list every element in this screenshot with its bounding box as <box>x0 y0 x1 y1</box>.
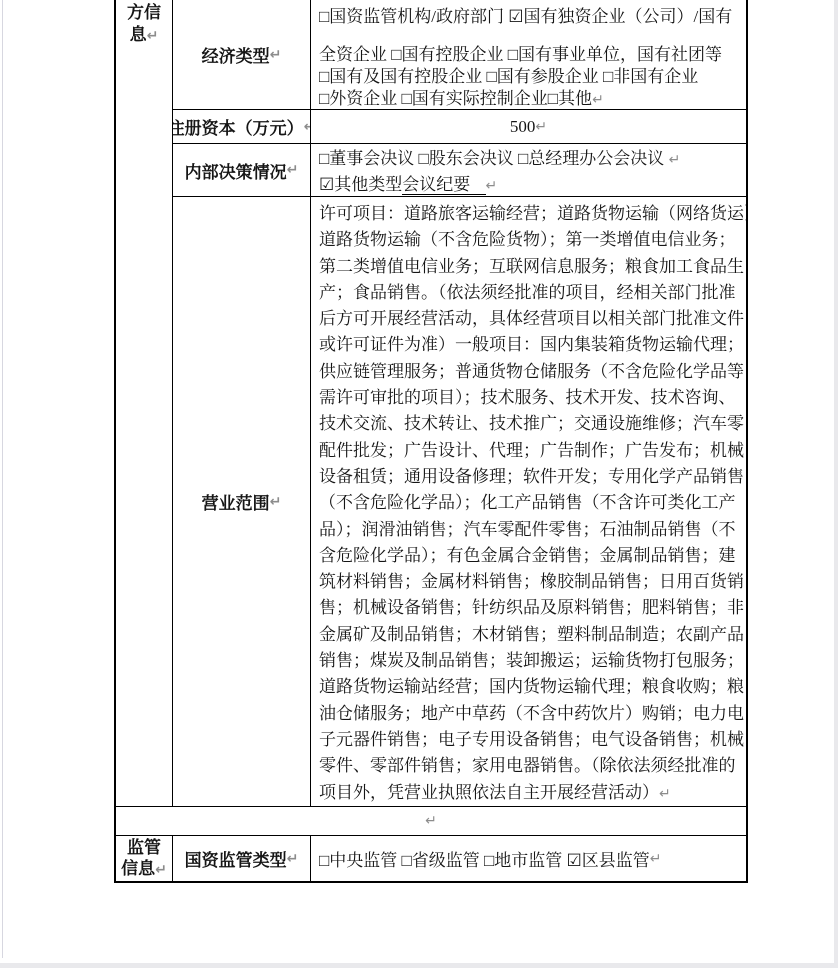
decision-options-text: □董事会决议 □股东会决议 □总经理办公会决议 <box>319 149 669 168</box>
text-line: 项目外，凭营业执照依法自主开展经营活动）↵ <box>319 780 743 806</box>
text-line: 金属矿及制品销售；木材销售；塑料制品制造；农副产品 <box>319 622 743 648</box>
field-supervision-type-options[interactable]: □中央监管 □省级监管 □地市监管 ☑区县监管↵ <box>311 836 746 881</box>
paragraph-mark-icon: ↵ <box>650 851 662 867</box>
paragraph-mark-icon: ↵ <box>486 178 498 194</box>
paragraph-mark-icon: ↵ <box>535 119 547 135</box>
page-bottom-edge <box>0 963 838 968</box>
group-label-party-info: 方信 息↵ <box>116 0 173 807</box>
label-supervision-type: 国资监管类型↵ <box>173 836 311 881</box>
label-registered-capital: 注册资本（万元）← <box>173 110 311 144</box>
text-line: 或许可证件为准）一般项目：国内集装箱货物运输代理； <box>319 332 743 358</box>
text-line: 后方可开展经营活动，具体经营项目以相关部门批准文件 <box>319 306 743 332</box>
paragraph-mark-icon: ↵ <box>287 851 299 867</box>
line-break-mark-icon: ↵ <box>669 152 681 168</box>
text-line: 道路货物运输（不含危险货物）；第一类增值电信业务； <box>319 227 743 253</box>
label-internal-decision-text: 内部决策情况 <box>185 158 287 183</box>
company-info-table: 方信 息↵ 经济类型↵ □国资监管机构/政府部门 ☑国有独资企业（公司）/国有全… <box>114 0 748 883</box>
decision-other-underlined: 会议纪要 <box>402 175 485 195</box>
cell-mark-icon: ← <box>304 119 311 135</box>
text-line: 子元器件销售；电子专用设备销售；电气设备销售；机械 <box>319 727 743 753</box>
text-line: 销售；煤炭及制品销售；装卸搬运；运输货物打包服务； <box>319 648 743 674</box>
text-line: 第二类增值电信业务；互联网信息服务；粮食加工食品生 <box>319 254 743 280</box>
paragraph-mark-icon: ↵ <box>270 494 282 510</box>
field-business-scope[interactable]: 许可项目：道路旅客运输经营；道路货物运输（网络货运）；道路货物运输（不含危险货物… <box>311 197 746 807</box>
label-supervision-type-text: 国资监管类型 <box>185 846 287 871</box>
supervision-options-text: □中央监管 □省级监管 □地市监管 ☑区县监管 <box>319 846 650 871</box>
paragraph-mark-icon: ↵ <box>287 162 299 178</box>
text-line: 供应链管理服务；普通货物仓储服务（不含危险化学品等 <box>319 359 743 385</box>
field-internal-decision-options[interactable]: □董事会决议 □股东会决议 □总经理办公会决议 ↵ ☑其他类型会议纪要 ↵ <box>311 144 746 197</box>
decision-other-prefix: ☑其他类型 <box>319 175 402 194</box>
label-internal-decision: 内部决策情况↵ <box>173 144 311 197</box>
label-economic-type: 经济类型↵ <box>173 0 311 110</box>
text-line: 技术交流、技术转让、技术推广；交通设施维修；汽车零 <box>319 411 743 437</box>
paragraph-mark-icon: ↵ <box>425 813 437 829</box>
text-line: （不含危险化学品）；化工产品销售（不含许可类化工产 <box>319 490 743 516</box>
registered-capital-value: 500 <box>510 117 536 137</box>
text-line: 售；机械设备销售；针纺织品及原料销售；肥料销售；非 <box>319 595 743 621</box>
paragraph-mark-icon: ↵ <box>270 47 282 63</box>
text-line: □董事会决议 □股东会决议 □总经理办公会决议 ↵ <box>319 146 743 172</box>
label-business-scope-text: 营业范围 <box>202 489 270 514</box>
paragraph-mark-icon: ↵ <box>147 28 159 44</box>
text-line: 配件批发；广告设计、代理；广告制作；广告发布；机械 <box>319 438 743 464</box>
page-left-guide <box>2 0 3 958</box>
label-economic-type-text: 经济类型 <box>202 42 270 67</box>
field-economic-type-options[interactable]: □国资监管机构/政府部门 ☑国有独资企业（公司）/国有全资企业 □国有控股企业 … <box>311 0 746 110</box>
text-line: 品）；润滑油销售；汽车零配件零售；石油制品销售（不 <box>319 517 743 543</box>
page-right-edge <box>834 0 838 968</box>
paragraph-mark-icon: ↵ <box>592 92 604 108</box>
paragraph-mark-icon: ↵ <box>659 786 671 802</box>
text-line: □外资企业 □国有实际控制企业□其他↵ <box>319 88 743 110</box>
paragraph-mark-icon: ↵ <box>155 862 167 878</box>
empty-row[interactable]: ↵ <box>116 807 746 836</box>
text-line: 道路货物运输站经营；国内货物运输代理；粮食收购；粮 <box>319 674 743 700</box>
text-line: 零件、零部件销售；家用电器销售。（除依法须经批准的 <box>319 753 743 779</box>
text-line: ☑其他类型会议纪要 ↵ <box>319 172 743 198</box>
text-line: □国资监管机构/政府部门 ☑国有独资企业（公司）/国有 <box>319 6 743 28</box>
text-line: 油仓储服务；地产中草药（不含中药饮片）购销；电力电 <box>319 701 743 727</box>
text-line: 筑材料销售；金属材料销售；橡胶制品销售；日用百货销 <box>319 569 743 595</box>
field-registered-capital[interactable]: 500↵ <box>311 110 746 144</box>
text-line: 含危险化学品）；有色金属合金销售；金属制品销售；建 <box>319 543 743 569</box>
text-line: 全资企业 □国有控股企业 □国有事业单位，国有社团等 <box>319 44 743 66</box>
group-label-supervision-info: 监管 信息↵ <box>116 836 173 881</box>
text-line: 需许可审批的项目）；技术服务、技术开发、技术咨询、 <box>319 385 743 411</box>
text-line: 产；食品销售。（依法须经批准的项目，经相关部门批准 <box>319 280 743 306</box>
text-line: □国有及国有控股企业 □国有参股企业 □非国有企业 <box>319 66 743 88</box>
text-line: 设备租赁；通用设备修理；软件开发；专用化学产品销售 <box>319 464 743 490</box>
label-business-scope: 营业范围↵ <box>173 197 311 807</box>
label-registered-capital-text: 注册资本（万元） <box>173 114 304 139</box>
text-line: 许可项目：道路旅客运输经营；道路货物运输（网络货运）； <box>319 201 743 227</box>
